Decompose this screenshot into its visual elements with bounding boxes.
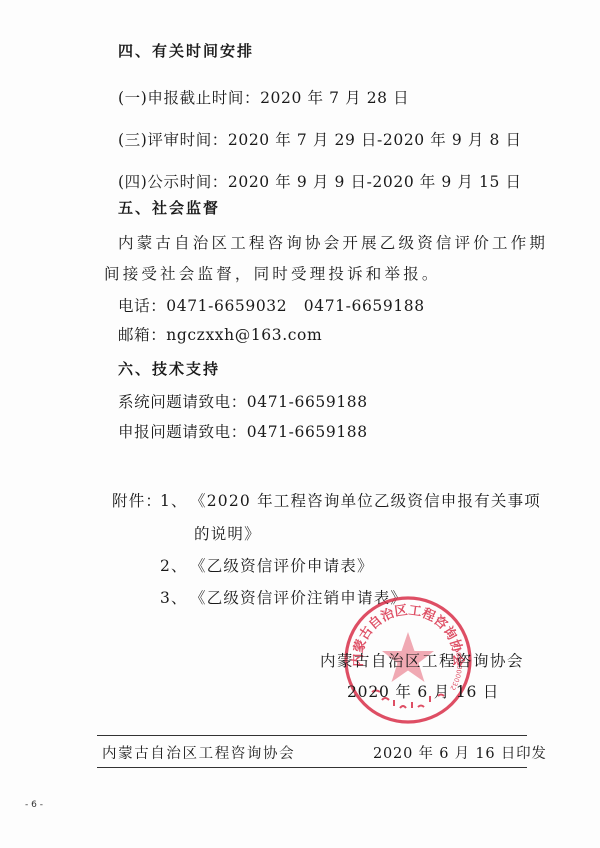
section-heading-schedule: 四、有关时间安排: [118, 41, 254, 61]
section-heading-supervision: 五、社会监督: [118, 198, 220, 218]
attachment-3-title: 《乙级资信评价注销申请表》: [190, 588, 407, 608]
attachment-3-number: 3、: [160, 588, 188, 608]
supervision-paragraph-line2: 间接受社会监督，同时受理投诉和举报。: [104, 264, 441, 284]
footer-top-rule: [97, 735, 527, 736]
attachment-2-number: 2、: [160, 556, 188, 576]
signature-date: 2020 年 6 月 16 日: [347, 682, 499, 702]
contact-email: 邮箱：ngczxxh@163.com: [118, 325, 322, 345]
attachment-1-number: 1、: [160, 491, 188, 511]
footer-bottom-rule: [97, 767, 527, 768]
contact-phone: 电话：0471-6659032 0471-6659188: [118, 296, 425, 316]
schedule-review: (三)评审时间：2020 年 7 月 29 日-2020 年 9 月 8 日: [118, 130, 522, 150]
footer-issued-date: 2020 年 6 月 16 日印发: [373, 744, 547, 764]
footer-org: 内蒙古自治区工程咨询协会: [102, 744, 295, 764]
tech-system-phone: 系统问题请致电：0471-6659188: [118, 392, 368, 412]
schedule-deadline: (一)申报截止时间：2020 年 7 月 28 日: [118, 88, 409, 108]
tech-report-phone: 申报问题请致电：0471-6659188: [118, 422, 368, 442]
page-number: - 6 -: [25, 800, 43, 810]
attachments-label: 附件：: [112, 491, 162, 511]
attachment-2-title: 《乙级资信评价申请表》: [190, 556, 374, 576]
document-page: 四、有关时间安排 (一)申报截止时间：2020 年 7 月 28 日 (三)评审…: [0, 0, 600, 848]
schedule-publicity: (四)公示时间：2020 年 9 月 9 日-2020 年 9 月 15 日: [118, 172, 522, 192]
section-heading-tech-support: 六、技术支持: [118, 359, 220, 379]
attachment-1-title: 《2020 年工程咨询单位乙级资信申报有关事项: [190, 491, 541, 511]
attachment-1-title-cont: 的说明》: [194, 524, 261, 544]
signature-org: 内蒙古自治区工程咨询协会: [320, 651, 524, 671]
supervision-paragraph-line1: 内蒙古自治区工程咨询协会开展乙级资信评价工作期: [118, 233, 548, 253]
